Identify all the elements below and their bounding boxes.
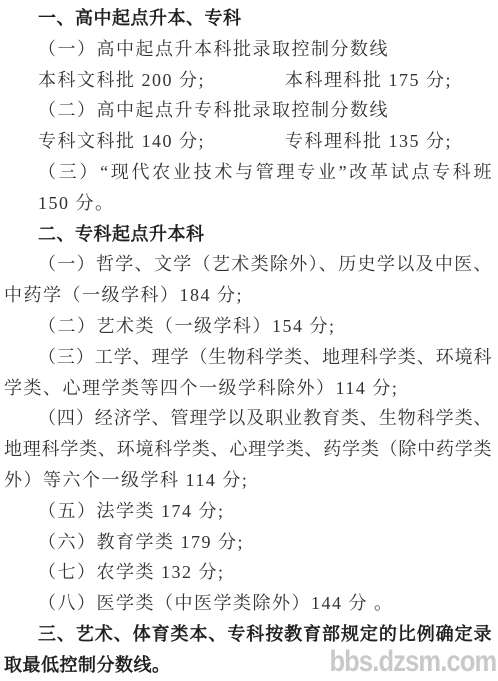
score-row-benke: 本科文科批 200 分; 本科理科批 175 分; (4, 65, 492, 96)
score-benke-wenke: 本科文科批 200 分; (38, 70, 205, 90)
text-line: （四）经济学、管理学以及职业教育类、生物科学类、 (4, 403, 492, 434)
text-line: （三）工学、理学（生物科学类、地理科学类、环境科 (4, 342, 492, 373)
para-2-5-law: （五）法学类 174 分; (4, 496, 492, 527)
para-1-1-benke-cutoff-title: （一）高中起点升本科批录取控制分数线 (4, 34, 492, 65)
watermark: bbs.dzsm.com (329, 647, 496, 677)
para-2-3-engineering-science: （三）工学、理学（生物科学类、地理科学类、环境科 学类、心理学类等四个一级学科除… (4, 342, 492, 404)
text-line: （二）高中起点升专科批录取控制分数线 (4, 95, 492, 126)
para-1-2-zhuanke-cutoff-title: （二）高中起点升专科批录取控制分数线 (4, 95, 492, 126)
heading-text: 一、高中起点升本、专科 (4, 3, 492, 34)
text-line: 150 分。 (4, 188, 492, 219)
score-row-zhuanke: 专科文科批 140 分; 专科理科批 135 分; (4, 126, 492, 157)
para-2-2-arts: （二）艺术类（一级学科）154 分; (4, 311, 492, 342)
text-line: 中药学（一级学科）184 分; (4, 280, 492, 311)
text-line: （一）哲学、文学（艺术类除外）、历史学以及中医、 (4, 249, 492, 280)
text-line: （五）法学类 174 分; (4, 496, 492, 527)
para-2-6-education: （六）教育学类 179 分; (4, 527, 492, 558)
heading-section-1: 一、高中起点升本、专科 (4, 3, 492, 34)
heading-text: 二、专科起点升本科 (4, 219, 492, 250)
text-line: （七）农学类 132 分; (4, 557, 492, 588)
document-page: 一、高中起点升本、专科 （一）高中起点升本科批录取控制分数线 本科文科批 200… (0, 0, 498, 681)
para-2-4-economics-management: （四）经济学、管理学以及职业教育类、生物科学类、 地理科学类、环境科学类、心理学… (4, 403, 492, 495)
text-line: 外）等六个一级学科 114 分; (4, 465, 492, 496)
text-line: （八）医学类（中医学类除外）144 分 。 (4, 588, 492, 619)
para-2-1-philosophy-literature: （一）哲学、文学（艺术类除外）、历史学以及中医、 中药学（一级学科）184 分; (4, 249, 492, 311)
heading-section-2: 二、专科起点升本科 (4, 219, 492, 250)
text-line: 学类、心理学类等四个一级学科除外）114 分; (4, 373, 492, 404)
text-line: （二）艺术类（一级学科）154 分; (4, 311, 492, 342)
score-zhuanke-wenke: 专科文科批 140 分; (38, 131, 205, 151)
text-line: （一）高中起点升本科批录取控制分数线 (4, 34, 492, 65)
para-2-7-agriculture: （七）农学类 132 分; (4, 557, 492, 588)
para-1-3-modern-agriculture: （三）“现代农业技术与管理专业”改革试点专科班 150 分。 (4, 157, 492, 219)
text-line: 地理科学类、环境科学类、心理学类、药学类（除中药学类 (4, 434, 492, 465)
score-benke-like: 本科理科批 175 分; (285, 65, 452, 96)
para-2-8-medicine: （八）医学类（中医学类除外）144 分 。 (4, 588, 492, 619)
text-line: （三）“现代农业技术与管理专业”改革试点专科班 (4, 157, 492, 188)
score-zhuanke-like: 专科理科批 135 分; (285, 126, 452, 157)
text-line: （六）教育学类 179 分; (4, 527, 492, 558)
